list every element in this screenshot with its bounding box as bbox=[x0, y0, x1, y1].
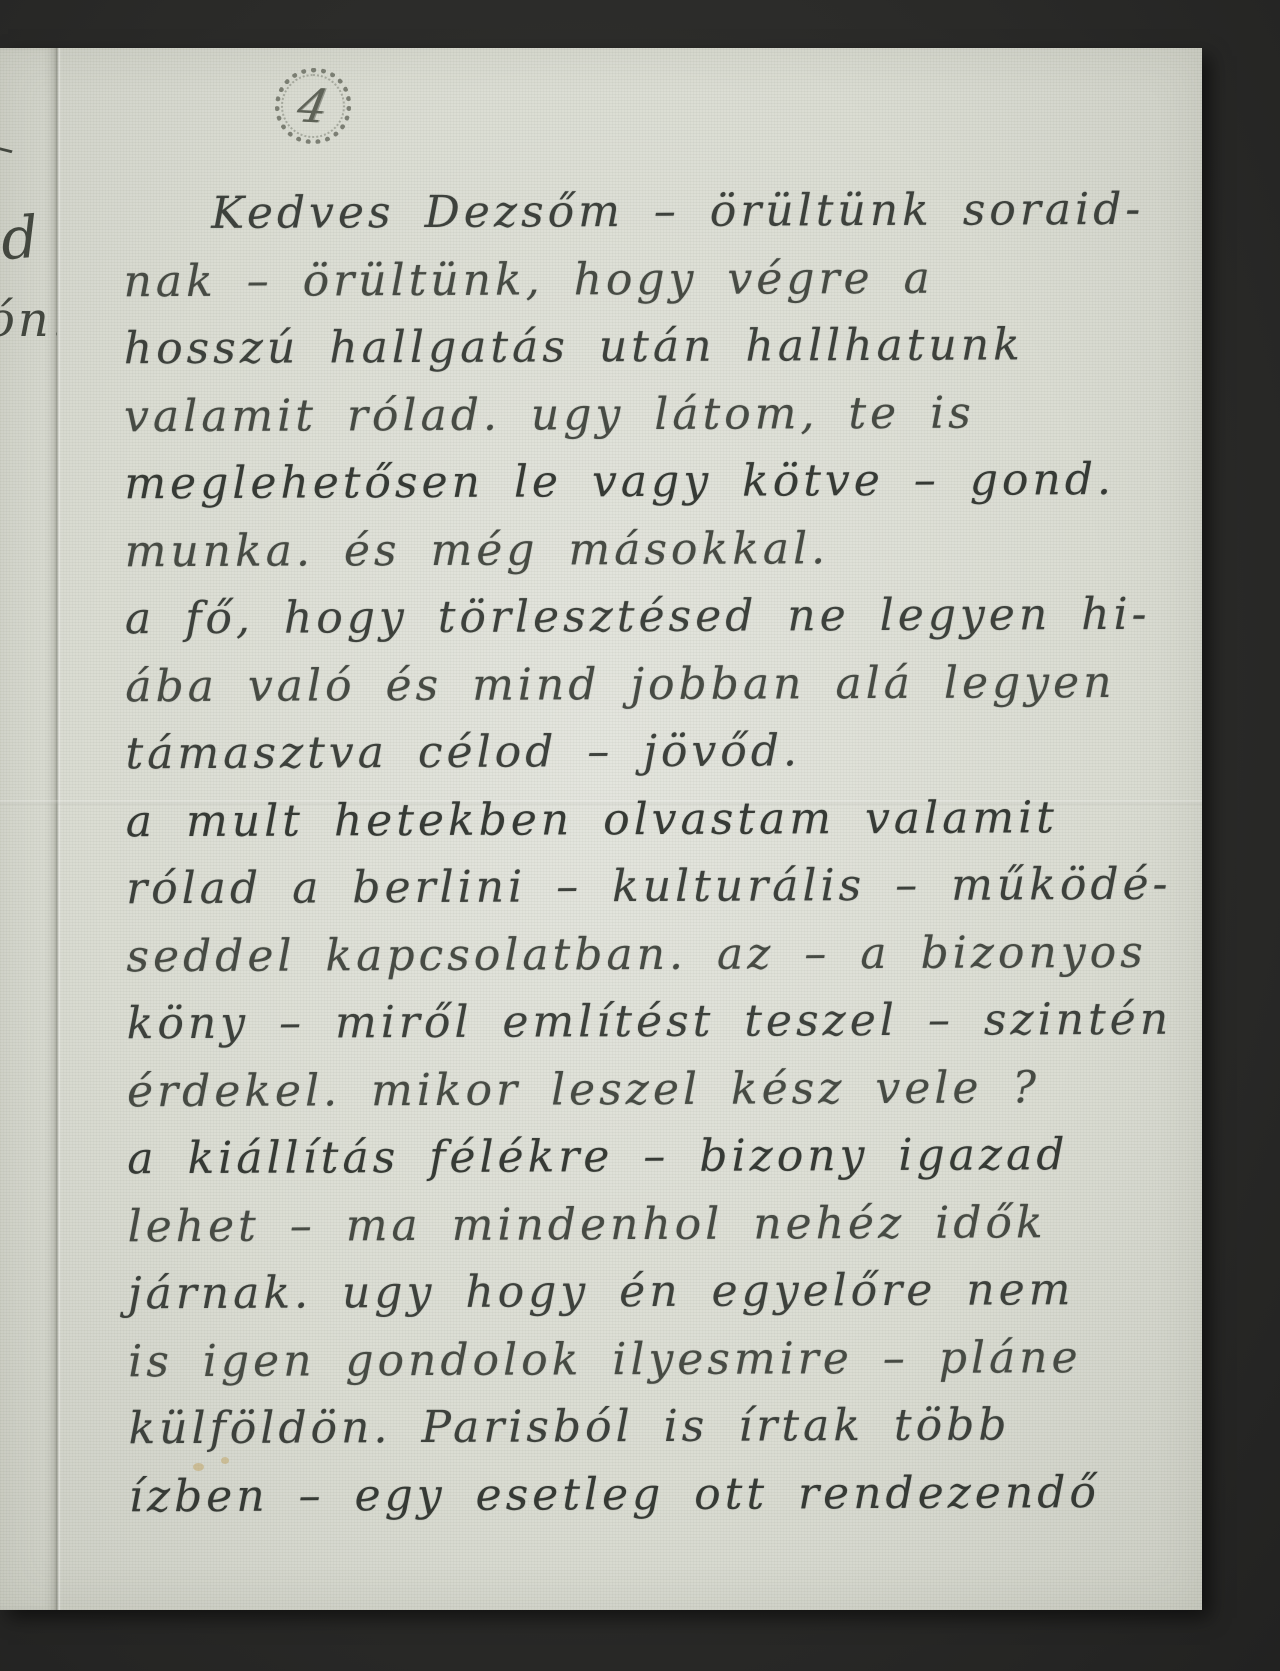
handwritten-line: támasztva célod – jövőd. bbox=[125, 716, 1175, 788]
page-number: 4 bbox=[293, 78, 332, 133]
handwritten-line: valamit rólad. ugy látom, te is bbox=[124, 378, 1174, 450]
handwritten-line: munka. és még másokkal. bbox=[125, 513, 1175, 585]
handwritten-line: rólad a berlini – kulturális – működé- bbox=[126, 851, 1176, 923]
handwriting-fragment: – bbox=[0, 120, 21, 173]
handwriting-fragment: ón. bbox=[0, 292, 57, 348]
handwritten-line: hosszú hallgatás után hallhatunk bbox=[124, 311, 1174, 383]
handwritten-line: külföldön. Parisból is írtak több bbox=[128, 1391, 1178, 1463]
handwritten-line: a mult hetekben olvastam valamit bbox=[126, 783, 1176, 855]
handwritten-line: meglehetősen le vagy kötve – gond. bbox=[124, 446, 1174, 518]
handwritten-line: a kiállítás félékre – bizony igazad bbox=[127, 1121, 1177, 1193]
handwritten-line: Kedves Dezsőm – örültünk soraid- bbox=[123, 176, 1173, 248]
scanned-letter-photo: – d ón. 4 Kedves Dezsőm – örültünk sorai… bbox=[0, 0, 1280, 1671]
handwriting-fragment: d bbox=[0, 203, 40, 273]
handwritten-line: érdekel. mikor leszel kész vele ? bbox=[127, 1053, 1177, 1125]
adjacent-page-edge: – d ón. bbox=[0, 48, 57, 1610]
letter-page: – d ón. 4 Kedves Dezsőm – örültünk sorai… bbox=[0, 48, 1202, 1610]
page-number-circle: 4 bbox=[275, 68, 351, 144]
handwritten-line: seddel kapcsolatban. az – a bizonyos bbox=[126, 918, 1176, 990]
handwritten-line: járnak. ugy hogy én egyelőre nem bbox=[128, 1256, 1178, 1328]
paper-stain bbox=[193, 1463, 204, 1471]
handwritten-line: nak – örültünk, hogy végre a bbox=[123, 243, 1173, 315]
handwritten-line: köny – miről említést teszel – szintén bbox=[127, 986, 1177, 1058]
handwritten-line: is igen gondolok ilyesmire – pláne bbox=[128, 1323, 1178, 1395]
letter-body: Kedves Dezsőm – örültünk soraid- nak – ö… bbox=[123, 176, 1179, 1531]
handwritten-line: a fő, hogy törlesztésed ne legyen hi- bbox=[125, 581, 1175, 653]
handwritten-line: ába való és mind jobban alá legyen bbox=[125, 648, 1175, 720]
fold-crease bbox=[55, 48, 61, 1610]
handwritten-line: ízben – egy esetleg ott rendezendő bbox=[129, 1458, 1179, 1530]
paper-stain bbox=[221, 1457, 229, 1464]
handwritten-line: lehet – ma mindenhol nehéz idők bbox=[127, 1188, 1177, 1260]
